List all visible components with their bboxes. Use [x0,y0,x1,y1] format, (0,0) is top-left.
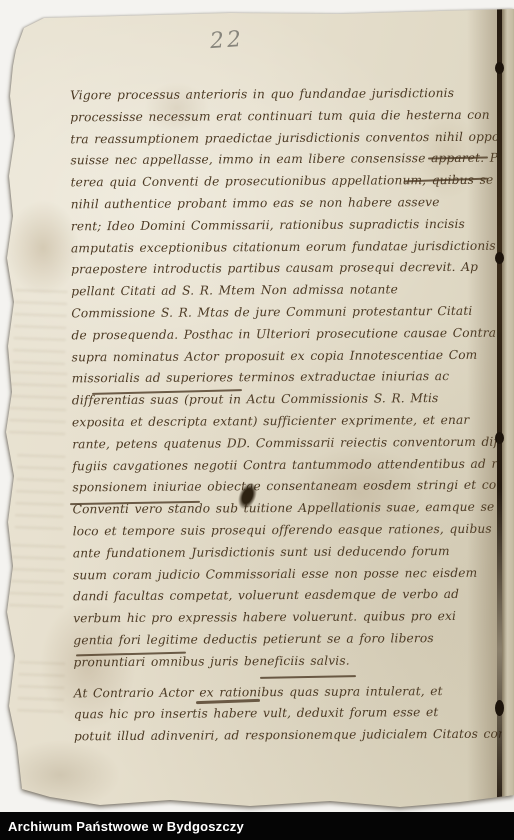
manuscript-line: praepostere introductis partibus causam … [71,257,505,281]
manuscript-paragraph: Vigore processus anterioris in quo funda… [70,83,508,674]
manuscript-line: Vigore processus anterioris in quo funda… [70,83,504,107]
manuscript-line: de prosequenda. Posthac in Ulteriori pro… [71,322,505,346]
manuscript-line: verbum hic pro expressis habere voluerun… [73,606,507,630]
manuscript-line: gentia fori legitime deductis petierunt … [73,628,507,652]
manuscript-page-shadow: 22 Vigore processus anterioris in quo fu… [0,0,514,812]
folio-number: 22 [209,27,245,54]
manuscript-line: missorialis ad superiores terminos extra… [72,366,506,390]
paper-stain [0,740,120,810]
verso-show-through [9,544,65,618]
manuscript-line: Commissione S. R. Mtas de jure Communi p… [71,301,505,325]
manuscript-line: fugiis cavgationes negotii Contra tantum… [72,453,506,477]
verso-show-through [15,454,66,536]
manuscript-line: tra reassumptionem praedictae jurisdicti… [70,126,504,150]
manuscript-text: Vigore processus anterioris in quo funda… [70,83,508,749]
manuscript-line: sponsionem iniuriae obiectae consentanea… [72,475,506,499]
manuscript-paragraph: At Contrario Actor ex rationibus quas su… [74,680,508,748]
binding-stitch [495,252,504,264]
manuscript-line: Conventi vero stando sub tuitione Appell… [73,497,507,521]
manuscript-line: quas hic pro insertis habere vult, dedux… [74,702,508,726]
paper-stain [6,200,80,296]
adjacent-page-edge [502,6,514,812]
archive-caption-bar: Archiwum Państwowe w Bydgoszczy [0,812,514,840]
verso-show-through [9,371,67,443]
manuscript-line: rent; Ideo Domini Commissarii, rationibu… [71,213,505,237]
manuscript-line: potuit illud adinveniri, ad responsionem… [74,724,508,748]
verso-show-through [13,289,68,369]
manuscript-line: dandi facultas competat, voluerunt easde… [73,584,507,608]
verso-show-through [17,661,65,723]
manuscript-line: terea quia Conventi de prosecutionibus a… [71,170,505,194]
manuscript-line: pellant Citati ad S. R. Mtem Non admissa… [71,279,505,303]
binding-stitch [495,432,504,444]
manuscript-line: processisse necessum erat continuari tum… [70,104,504,128]
manuscript-line: suum coram judicio Commissoriali esse no… [73,562,507,586]
manuscript-line: loco et tempore suis prosequi offerendo … [73,519,507,543]
binding-stitch [495,700,504,716]
archive-caption-label: Archiwum Państwowe w Bydgoszczy [8,819,244,834]
manuscript-line: At Contrario Actor ex rationibus quas su… [74,680,508,704]
manuscript-line: supra nominatus Actor proposuit ex copia… [72,344,506,368]
manuscript-line: exposita et descripta extant) sufficient… [72,410,506,434]
binding-stitch [495,62,504,74]
manuscript-line: ante fundationem Jurisdictionis sunt usi… [73,540,507,564]
gutter-shadow [467,0,497,812]
manuscript-page: 22 Vigore processus anterioris in quo fu… [0,0,514,812]
manuscript-line: rante, petens quatenus DD. Commissarii r… [72,431,506,455]
manuscript-line: amputatis exceptionibus citationum eorum… [71,235,505,259]
manuscript-line: suisse nec appellasse, immo in eam liber… [70,148,504,172]
manuscript-line: nihil authentice probant immo eas se non… [71,192,505,216]
